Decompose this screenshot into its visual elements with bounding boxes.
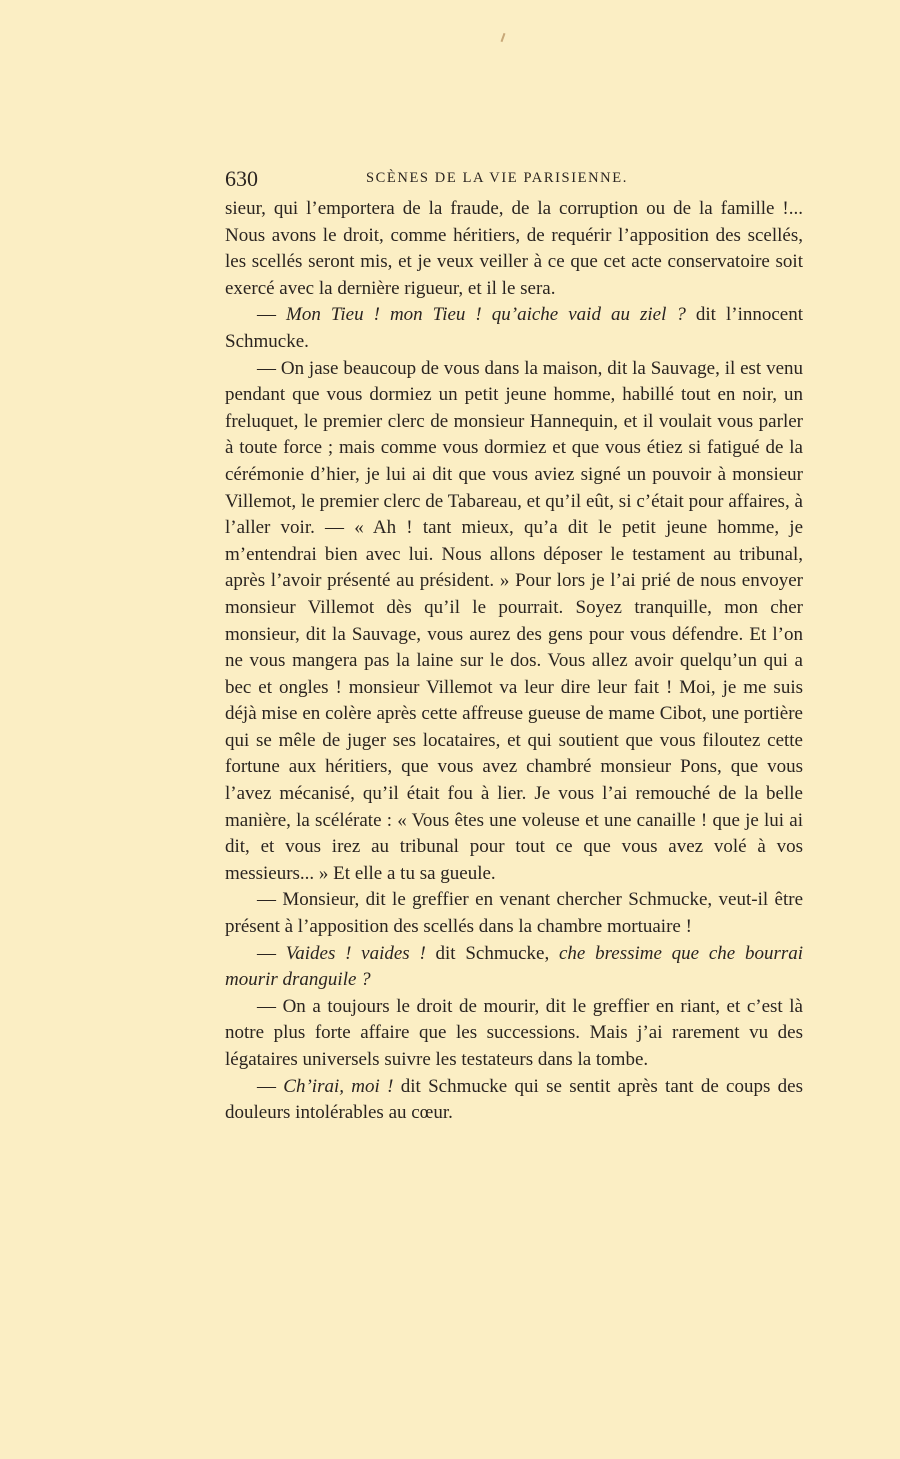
paragraph: — On jase beaucoup de vous dans la maiso… (225, 356, 803, 888)
italic-dialect-speech: Mon Tieu ! mon Tieu ! qu’aiche vaid au z… (286, 304, 686, 325)
paper-speck (501, 33, 506, 42)
text-segment: dit Schmucke, (426, 943, 559, 964)
text-segment: — (257, 1076, 283, 1097)
paragraph: — Vaides ! vaides ! dit Schmucke, che br… (225, 941, 803, 994)
text-segment: — (257, 304, 286, 325)
text-segment: — (257, 943, 286, 964)
book-page: 630 SCÈNES DE LA VIE PARISIENNE. sieur, … (225, 166, 803, 1127)
paragraph: — Ch’irai, moi ! dit Schmucke qui se sen… (225, 1074, 803, 1127)
italic-dialect-speech: Vaides ! vaides ! (286, 943, 426, 964)
italic-dialect-speech: Ch’irai, moi ! (283, 1076, 393, 1097)
body-text: sieur, qui l’emportera de la fraude, de … (225, 196, 803, 1127)
running-head: SCÈNES DE LA VIE PARISIENNE. (366, 170, 628, 187)
text-segment: — On a toujours le droit de mourir, dit … (225, 996, 803, 1070)
paragraph: sieur, qui l’emportera de la fraude, de … (225, 196, 803, 302)
paragraph: — Monsieur, dit le greffier en venant ch… (225, 887, 803, 940)
page-header: 630 SCÈNES DE LA VIE PARISIENNE. (225, 166, 803, 192)
text-segment: — Monsieur, dit le greffier en venant ch… (225, 889, 803, 937)
page-number: 630 (225, 166, 258, 192)
text-segment: sieur, qui l’emportera de la fraude, de … (225, 198, 803, 299)
text-segment: — On jase beaucoup de vous dans la maiso… (225, 358, 803, 884)
paragraph: — Mon Tieu ! mon Tieu ! qu’aiche vaid au… (225, 302, 803, 355)
paragraph: — On a toujours le droit de mourir, dit … (225, 994, 803, 1074)
